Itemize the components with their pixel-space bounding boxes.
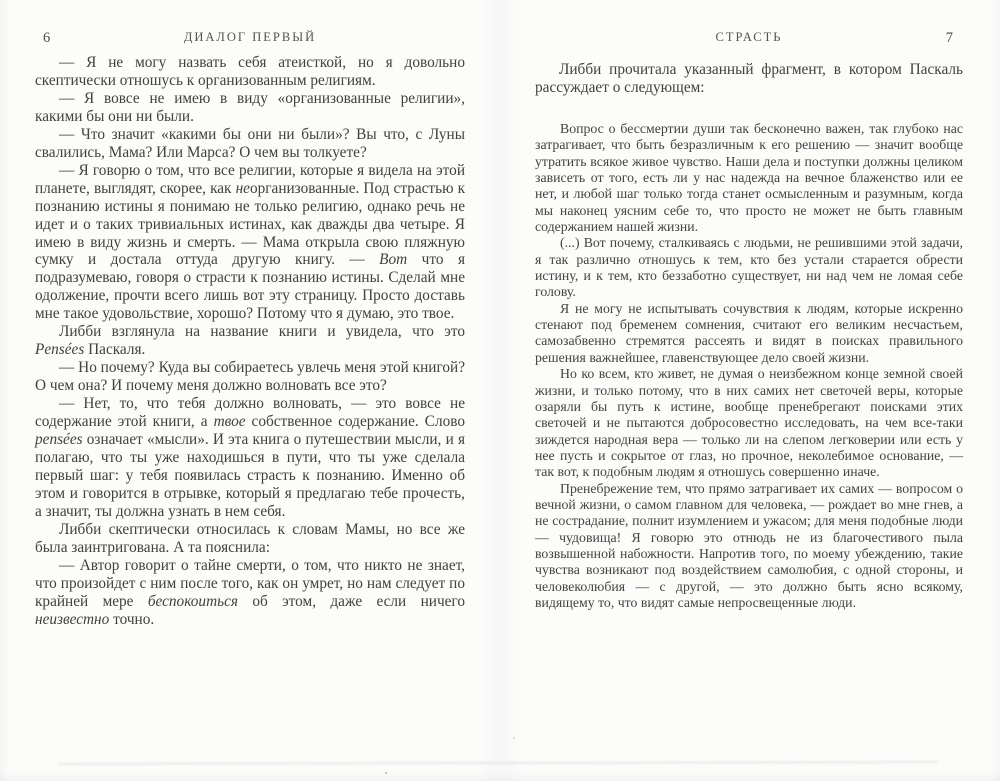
- paragraph: Я не могу не испытывать сочувствия к люд…: [535, 301, 963, 366]
- page-number-right: 7: [946, 30, 953, 47]
- paragraph: — Но почему? Куда вы собираетесь увлечь …: [35, 359, 465, 395]
- scan-edge-shadow-left: [0, 0, 10, 781]
- running-head-right: СТРАСТЬ 7: [535, 30, 963, 50]
- paragraph: — Я вовсе не имею в виду «организованные…: [35, 90, 465, 126]
- running-header-title-left: ДИАЛОГ ПЕРВЫЙ: [35, 30, 465, 45]
- running-header-title-right: СТРАСТЬ: [535, 30, 963, 45]
- right-page-intro-text: Либби прочитала указанный фрагмент, в ко…: [535, 61, 963, 97]
- book-gutter-shadow: [478, 0, 522, 781]
- left-page-text: — Я не могу назвать себя атеисткой, но я…: [35, 54, 465, 629]
- paragraph: Либби скептически относилась к словам Ма…: [35, 521, 465, 557]
- paragraph: Вопрос о бессмертии души так бесконечно …: [535, 121, 963, 235]
- scan-edge-shadow-right: [990, 0, 1000, 781]
- running-head-left: 6 ДИАЛОГ ПЕРВЫЙ: [35, 30, 465, 50]
- paragraph: Либби взглянула на название книги и увид…: [35, 323, 465, 359]
- paragraph: — Автор говорит о тайне смерти, о том, ч…: [35, 557, 465, 629]
- paragraph: Либби прочитала указанный фрагмент, в ко…: [535, 61, 963, 97]
- scan-speck: [513, 737, 515, 739]
- page-number-left: 6: [43, 30, 50, 47]
- page-bottom-curl-shadow: [58, 761, 938, 765]
- book-spread: 6 ДИАЛОГ ПЕРВЫЙ — Я не могу назвать себя…: [0, 0, 1000, 781]
- paragraph: Пренебрежение тем, что прямо затрагивает…: [535, 481, 963, 612]
- paragraph: (...) Вот почему, сталкиваясь с людьми, …: [535, 235, 963, 300]
- pascal-quote-block: Вопрос о бессмертии души так бесконечно …: [535, 121, 963, 611]
- paragraph: — Что значит «какими бы они ни были»? Вы…: [35, 126, 465, 162]
- paragraph: Но ко всем, кто живет, не думая о неизбе…: [535, 366, 963, 480]
- paragraph: — Я говорю о том, что все религии, котор…: [35, 162, 465, 324]
- scan-edge-shadow-bottom: [0, 771, 1000, 781]
- scan-speck: [385, 772, 387, 774]
- paragraph: — Нет, то, что тебя должно волновать, — …: [35, 395, 465, 521]
- paragraph: — Я не могу назвать себя атеисткой, но я…: [35, 54, 465, 90]
